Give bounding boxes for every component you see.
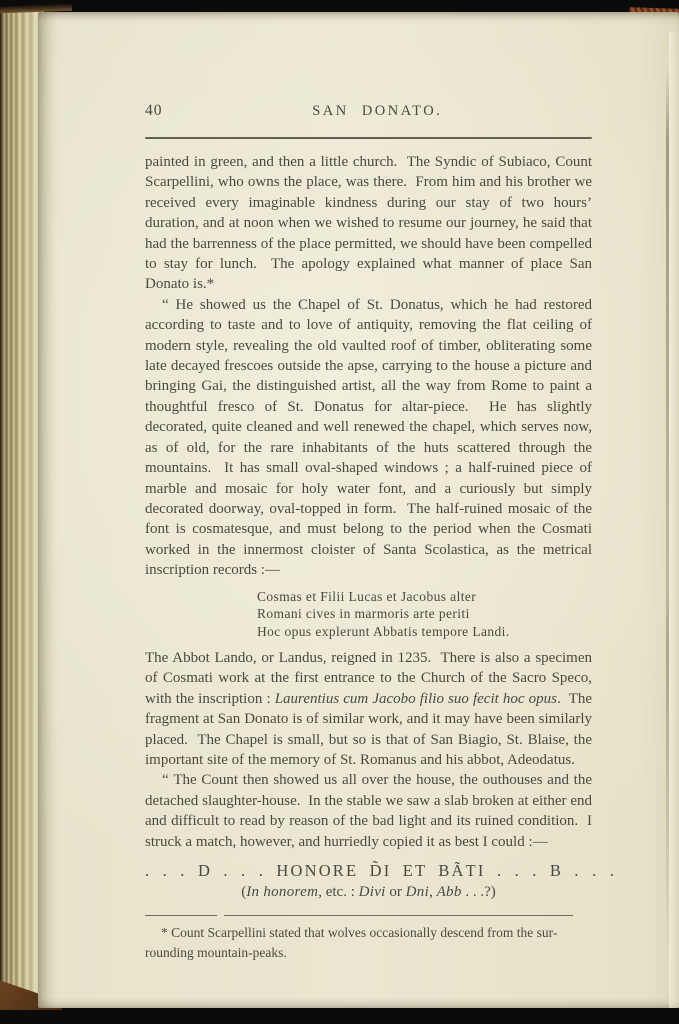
running-title: SAN DONATO. — [163, 103, 593, 120]
gloss-italic: Abb — [437, 884, 462, 900]
book-scan: 40 SAN DONATO. painted in green, and the… — [0, 0, 679, 1024]
gloss-text: , etc. : — [318, 884, 358, 900]
latin-inscription-italic: Laurentius cum Jacobo filio suo fecit ho… — [275, 691, 557, 707]
verse-block: Cosmas et Filii Lucas et Jacobus alter R… — [257, 588, 592, 641]
footnote: * Count Scarpellini stated that wolves o… — [145, 923, 592, 962]
book-page: 40 SAN DONATO. painted in green, and the… — [38, 12, 679, 1008]
page-number: 40 — [145, 102, 163, 120]
copied-inscription: . . . D . . . HONORE D̃I ET BÃTI . . . … — [145, 861, 592, 881]
gloss-italic: In honorem — [246, 884, 318, 900]
gloss-text: . . .?) — [462, 884, 496, 900]
verse-line: Hoc opus explerunt Abbatis tempore Landi… — [257, 623, 592, 641]
verse-line: Romani cives in marmoris arte periti — [257, 605, 592, 623]
body-paragraph-3: The Abbot Lando, or Landus, reigned in 1… — [145, 648, 592, 770]
body-paragraph-2: “ He showed us the Chapel of St. Donatus… — [145, 295, 592, 581]
inscription-gloss: (In honorem, etc. : Divi or Dni, Abb . .… — [145, 884, 592, 901]
page-content: 40 SAN DONATO. painted in green, and the… — [38, 12, 679, 1008]
gloss-italic: Divi — [359, 884, 386, 900]
header-rule — [145, 137, 592, 139]
gloss-text: , — [429, 884, 437, 900]
footnote-line: rounding mountain-peaks. — [145, 943, 592, 963]
body-paragraph-1: painted in green, and then a little chur… — [145, 152, 592, 295]
gloss-text: or — [386, 884, 406, 900]
footnote-rule — [145, 915, 573, 917]
body-paragraph-4: “ The Count then showed us all over the … — [145, 770, 592, 852]
page-header: 40 SAN DONATO. — [145, 102, 592, 122]
gloss-italic: Dni — [406, 884, 429, 900]
footnote-line: * Count Scarpellini stated that wolves o… — [145, 923, 592, 943]
verse-line: Cosmas et Filii Lucas et Jacobus alter — [257, 588, 592, 606]
